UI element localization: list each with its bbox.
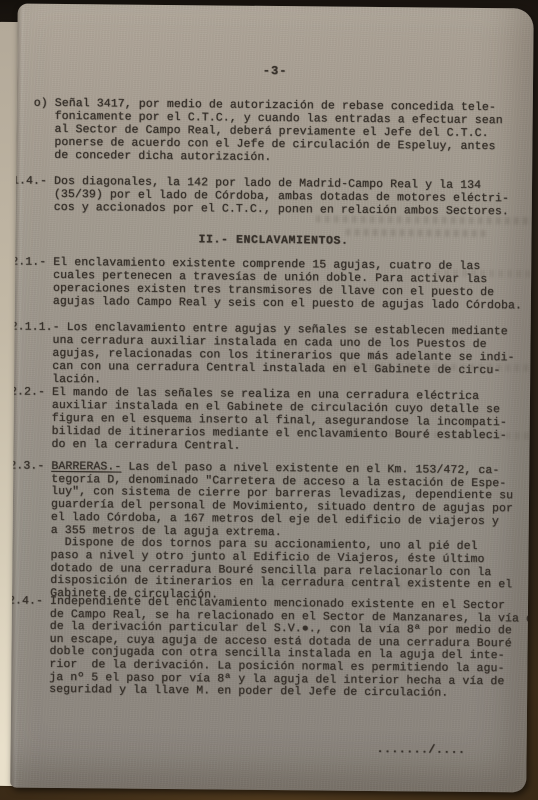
paragraph-2-2: 2.2.- El mando de las señales se realiza… [10,385,507,455]
paragraph-2-1-1: 2.1.1.- Los enclavamiento entre agujas y… [10,320,515,390]
continuation-mark: ......./.... [377,743,466,757]
section-heading-enclavamientos: II.- ENCLAVAMIENTOS. [15,232,531,250]
paragraph-2-3-barreras: 2.3.- BARRERAS.- Las del paso a nivel ex… [10,460,513,605]
document-page: -3- o) Señal 3417, por medio de autoriza… [10,4,534,793]
paragraph-2-4: 2.4.- Independiente del enclavamiento me… [10,595,533,701]
paragraph-dos-diagonales: 1.4.- Dos diagonales, la 142 por lado de… [12,174,509,218]
photo-background: -3- o) Señal 3417, por medio de autoriza… [0,0,538,800]
paragraph-senal-3417: o) Señal 3417, por medio de autorización… [12,96,503,166]
page-number: -3- [17,62,533,81]
paragraph-2-1: 2.1.- El enclavamiento existente compren… [11,255,523,312]
